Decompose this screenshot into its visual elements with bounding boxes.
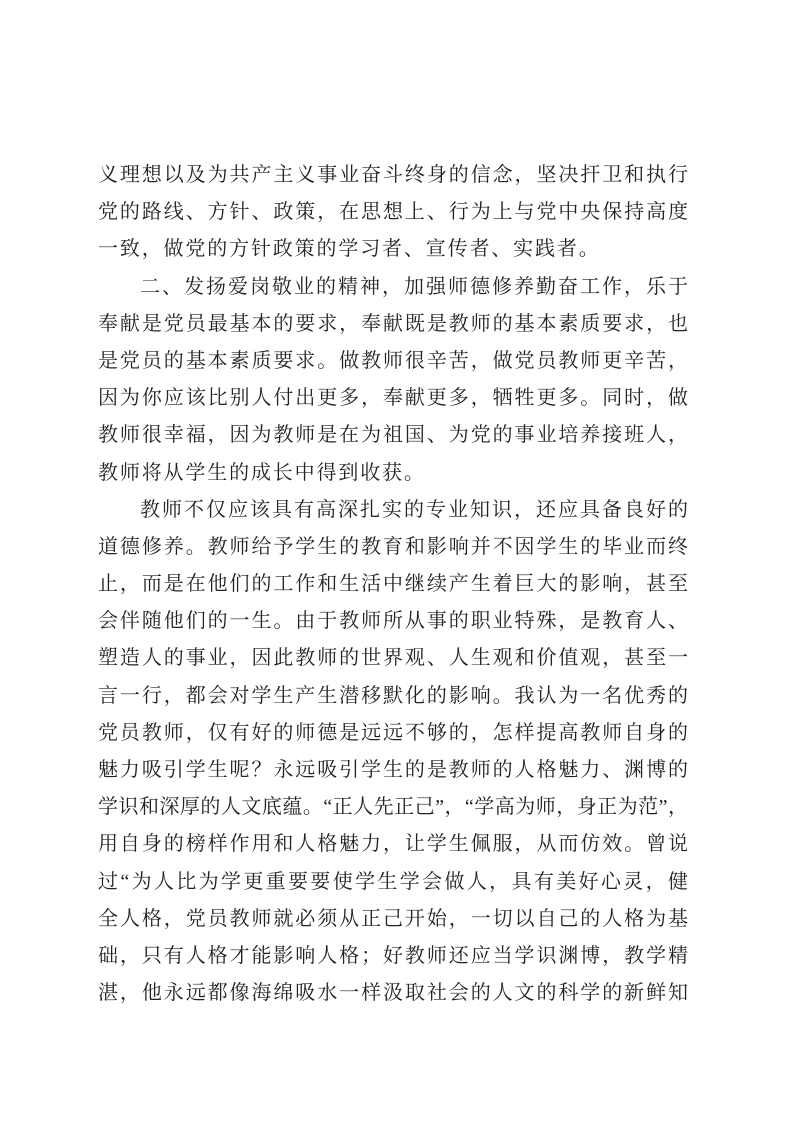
text-line: 过“为人比为学更重要要使学生学会做人，具有美好心灵，健: [98, 864, 688, 901]
text-line: 全人格，党员教师就必须从正己开始，一切以自己的人格为基: [98, 901, 688, 938]
text-line: 学识和深厚的人文底蕴。“正人先正己”，“学高为师，身正为范”，: [98, 789, 688, 826]
text-line: 教师很幸福，因为教师是在为祖国、为党的事业培养接班人，: [98, 417, 688, 454]
text-line: 义理想以及为共产主义事业奋斗终身的信念，坚决扞卫和执行: [98, 157, 688, 194]
text-line: 言一行，都会对学生产生潜移默化的影响。我认为一名优秀的: [98, 678, 688, 715]
text-line: 湛，他永远都像海绵吸水一样汲取社会的人文的科学的新鲜知: [98, 975, 688, 1012]
text-line: 会伴随他们的一生。由于教师所从事的职业特殊，是教育人、: [98, 603, 688, 640]
text-line: 止，而是在他们的工作和生活中继续产生着巨大的影响，甚至: [98, 566, 688, 603]
text-line: 党的路线、方针、政策，在思想上、行为上与党中央保持高度: [98, 194, 688, 231]
text-line: 础，只有人格才能影响人格；好教师还应当学识渊博，教学精: [98, 938, 688, 975]
text-line-paragraph-end: 教师将从学生的成长中得到收获。: [98, 455, 688, 492]
document-page: 义理想以及为共产主义事业奋斗终身的信念，坚决扞卫和执行 党的路线、方针、政策，在…: [0, 0, 793, 1122]
text-line: 是党员的基本素质要求。做教师很辛苦，做党员教师更辛苦，: [98, 343, 688, 380]
text-line: 道德修养。教师给予学生的教育和影响并不因学生的毕业而终: [98, 529, 688, 566]
text-line-paragraph-start: 教师不仅应该具有高深扎实的专业知识，还应具备良好的: [98, 492, 688, 529]
text-line-paragraph-start: 二、发扬爱岗敬业的精神，加强师德修养勤奋工作，乐于: [98, 269, 688, 306]
text-line: 党员教师，仅有好的师德是远远不够的，怎样提高教师自身的: [98, 715, 688, 752]
text-line: 因为你应该比别人付出更多，奉献更多，牺牲更多。同时，做: [98, 380, 688, 417]
text-line: 塑造人的事业，因此教师的世界观、人生观和价值观，甚至一: [98, 640, 688, 677]
text-line: 用自身的榜样作用和人格魅力，让学生佩服，从而仿效。曾说: [98, 826, 688, 863]
text-block: 义理想以及为共产主义事业奋斗终身的信念，坚决扞卫和执行 党的路线、方针、政策，在…: [98, 157, 688, 1012]
text-line: 魅力吸引学生呢？永远吸引学生的是教师的人格魅力、渊博的: [98, 752, 688, 789]
text-line: 奉献是党员最基本的要求，奉献既是教师的基本素质要求，也: [98, 306, 688, 343]
text-line-paragraph-end: 一致，做党的方针政策的学习者、宣传者、实践者。: [98, 231, 688, 268]
